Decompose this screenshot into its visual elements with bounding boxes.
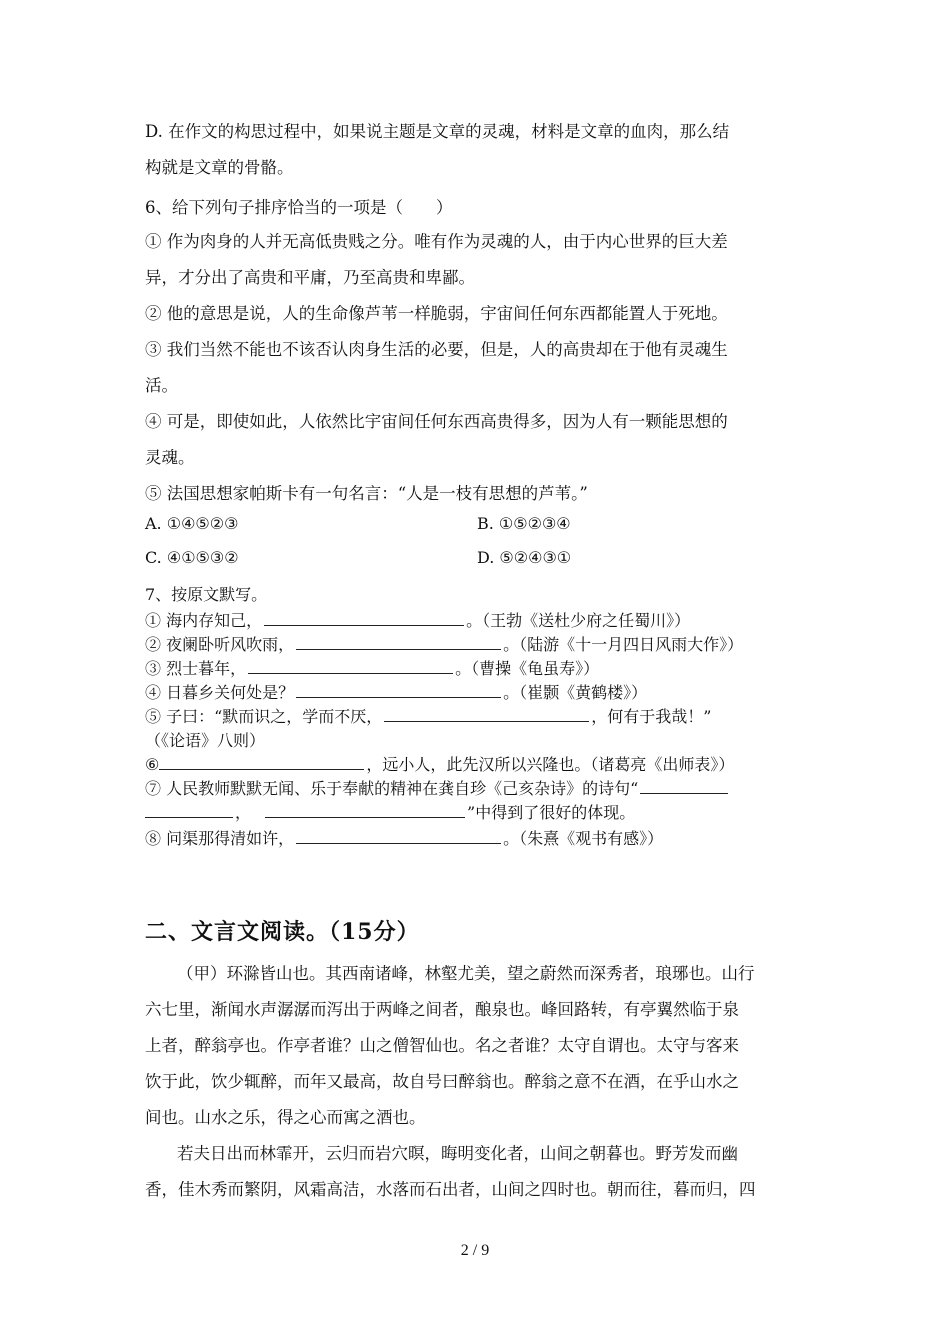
answer-blank[interactable]	[384, 707, 589, 722]
passage-line: 上者，醉翁亭也。作亭者谁？山之僧智仙也。名之者谁？太守自谓也。太守与客来	[145, 1032, 739, 1056]
answer-blank[interactable]	[296, 829, 501, 844]
q7-item-7-cont: ，”中得到了很好的体现。	[145, 800, 635, 823]
q6-sentence: ③ 我们当然不能也不该否认肉身生活的必要，但是，人的高贵却在于他有灵魂生	[145, 336, 728, 360]
answer-blank[interactable]	[265, 803, 465, 818]
q7-item-source: ，远小人，此先汉所以兴隆也。（诸葛亮《出师表》）	[366, 755, 734, 774]
q6-option-b[interactable]: B. ①⑤②③④	[477, 514, 571, 533]
page-number: 2 / 9	[0, 1242, 950, 1260]
q6-sentence: 活。	[145, 372, 178, 396]
q6-stem: 6、给下列句子排序恰当的一项是（ ）	[145, 194, 453, 218]
answer-blank[interactable]	[264, 611, 464, 626]
q7-stem: 7、按原文默写。	[145, 582, 267, 605]
q7-item-5-source: （《论语》八则）	[145, 728, 265, 751]
q7-item-source: 。（崔颢《黄鹤楼》）	[503, 683, 647, 702]
q7-item-4: ④ 日暮乡关何处是？。（崔颢《黄鹤楼》）	[145, 680, 647, 703]
q6-sentence: ② 他的意思是说，人的生命像芦苇一样脆弱，宇宙间任何东西都能置人于死地。	[145, 300, 728, 324]
q7-item-source: ”中得到了很好的体现。	[467, 803, 635, 822]
q7-item-2: ② 夜阑卧听风吹雨，。（陆游《十一月四日风雨大作》）	[145, 632, 743, 655]
q7-item-7: ⑦ 人民教师默默无闻、乐于奉献的精神在龚自珍《己亥杂诗》的诗句“	[145, 776, 730, 799]
q6-option-d[interactable]: D. ⑤②④③①	[477, 548, 571, 567]
q7-item-prompt: ④ 日暮乡关何处是？	[145, 683, 294, 702]
q7-item-prompt: ⑥	[145, 755, 159, 774]
q7-item-prompt: ③ 烈士暮年，	[145, 659, 246, 678]
answer-blank[interactable]	[296, 635, 501, 650]
q7-item-prompt: ② 夜阑卧听风吹雨，	[145, 635, 294, 654]
q7-item-source: 。（王勃《送杜少府之任蜀川》）	[466, 611, 690, 630]
q7-item-source: 。（陆游《十一月四日风雨大作》）	[503, 635, 743, 654]
q7-item-source: ，何有于我哉！”	[591, 707, 711, 726]
q7-item-prompt: ⑦ 人民教师默默无闻、乐于奉献的精神在龚自珍《己亥杂诗》的诗句“	[145, 779, 638, 798]
q6-option-c[interactable]: C. ④①⑤③②	[145, 548, 239, 567]
q6-option-a[interactable]: A. ①④⑤②③	[145, 514, 238, 533]
passage-line: 间也。山水之乐，得之心而寓之酒也。	[145, 1104, 426, 1128]
q7-item-prompt: ⑧ 问渠那得清如许，	[145, 829, 294, 848]
answer-blank[interactable]	[296, 683, 501, 698]
q7-separator: ，	[235, 803, 251, 822]
q6-sentence: ④ 可是，即使如此，人依然比宇宙间任何东西高贵得多，因为人有一颗能思想的	[145, 408, 728, 432]
q7-item-source: 。（朱熹《观书有感》）	[503, 829, 663, 848]
passage-line: 饮于此，饮少辄醉，而年又最高，故自号曰醉翁也。醉翁之意不在酒，在乎山水之	[145, 1068, 739, 1092]
q7-item-8: ⑧ 问渠那得清如许，。（朱熹《观书有感》）	[145, 826, 663, 849]
answer-blank[interactable]	[159, 755, 364, 770]
q7-item-source: 。（曹操《龟虽寿》）	[455, 659, 599, 678]
q7-item-5: ⑤ 子曰：“默而识之，学而不厌，，何有于我哉！”	[145, 704, 711, 727]
passage-line: 香，佳木秀而繁阴，风霜高洁，水落而石出者，山间之四时也。朝而往，暮而归，四	[145, 1176, 756, 1200]
passage-line: 六七里，渐闻水声潺潺而泻出于两峰之间者，酿泉也。峰回路转，有亭翼然临于泉	[145, 996, 739, 1020]
q7-item-prompt: ① 海内存知己，	[145, 611, 262, 630]
q7-item-1: ① 海内存知己，。（王勃《送杜少府之任蜀川》）	[145, 608, 690, 631]
q5-option-d-line1: D. 在作文的构思过程中，如果说主题是文章的灵魂，材料是文章的血肉，那么结	[145, 118, 729, 142]
q6-sentence: 异，才分出了高贵和平庸，乃至高贵和卑鄙。	[145, 264, 475, 288]
answer-blank[interactable]	[248, 659, 453, 674]
q7-item-prompt: ⑤ 子曰：“默而识之，学而不厌，	[145, 707, 382, 726]
q6-sentence: ⑤ 法国思想家帕斯卡有一句名言：“人是一枝有思想的芦苇。”	[145, 480, 588, 504]
answer-blank[interactable]	[145, 803, 233, 818]
q7-item-6: ⑥，远小人，此先汉所以兴隆也。（诸葛亮《出师表》）	[145, 752, 734, 775]
answer-blank[interactable]	[640, 779, 728, 794]
q7-item-3: ③ 烈士暮年，。（曹操《龟虽寿》）	[145, 656, 599, 679]
passage-line: 若夫日出而林霏开，云归而岩穴暝，晦明变化者，山间之朝暮也。野芳发而幽	[145, 1140, 738, 1164]
section-title: 二、文言文阅读。（15分）	[145, 915, 420, 946]
q6-sentence: 灵魂。	[145, 444, 195, 468]
q6-sentence: ① 作为肉身的人并无高低贵贱之分。唯有作为灵魂的人，由于内心世界的巨大差	[145, 228, 728, 252]
q5-option-d-line2: 构就是文章的骨骼。	[145, 154, 294, 178]
passage-line: （甲）环滁皆山也。其西南诸峰，林壑尤美，望之蔚然而深秀者，琅琊也。山行	[145, 960, 755, 984]
